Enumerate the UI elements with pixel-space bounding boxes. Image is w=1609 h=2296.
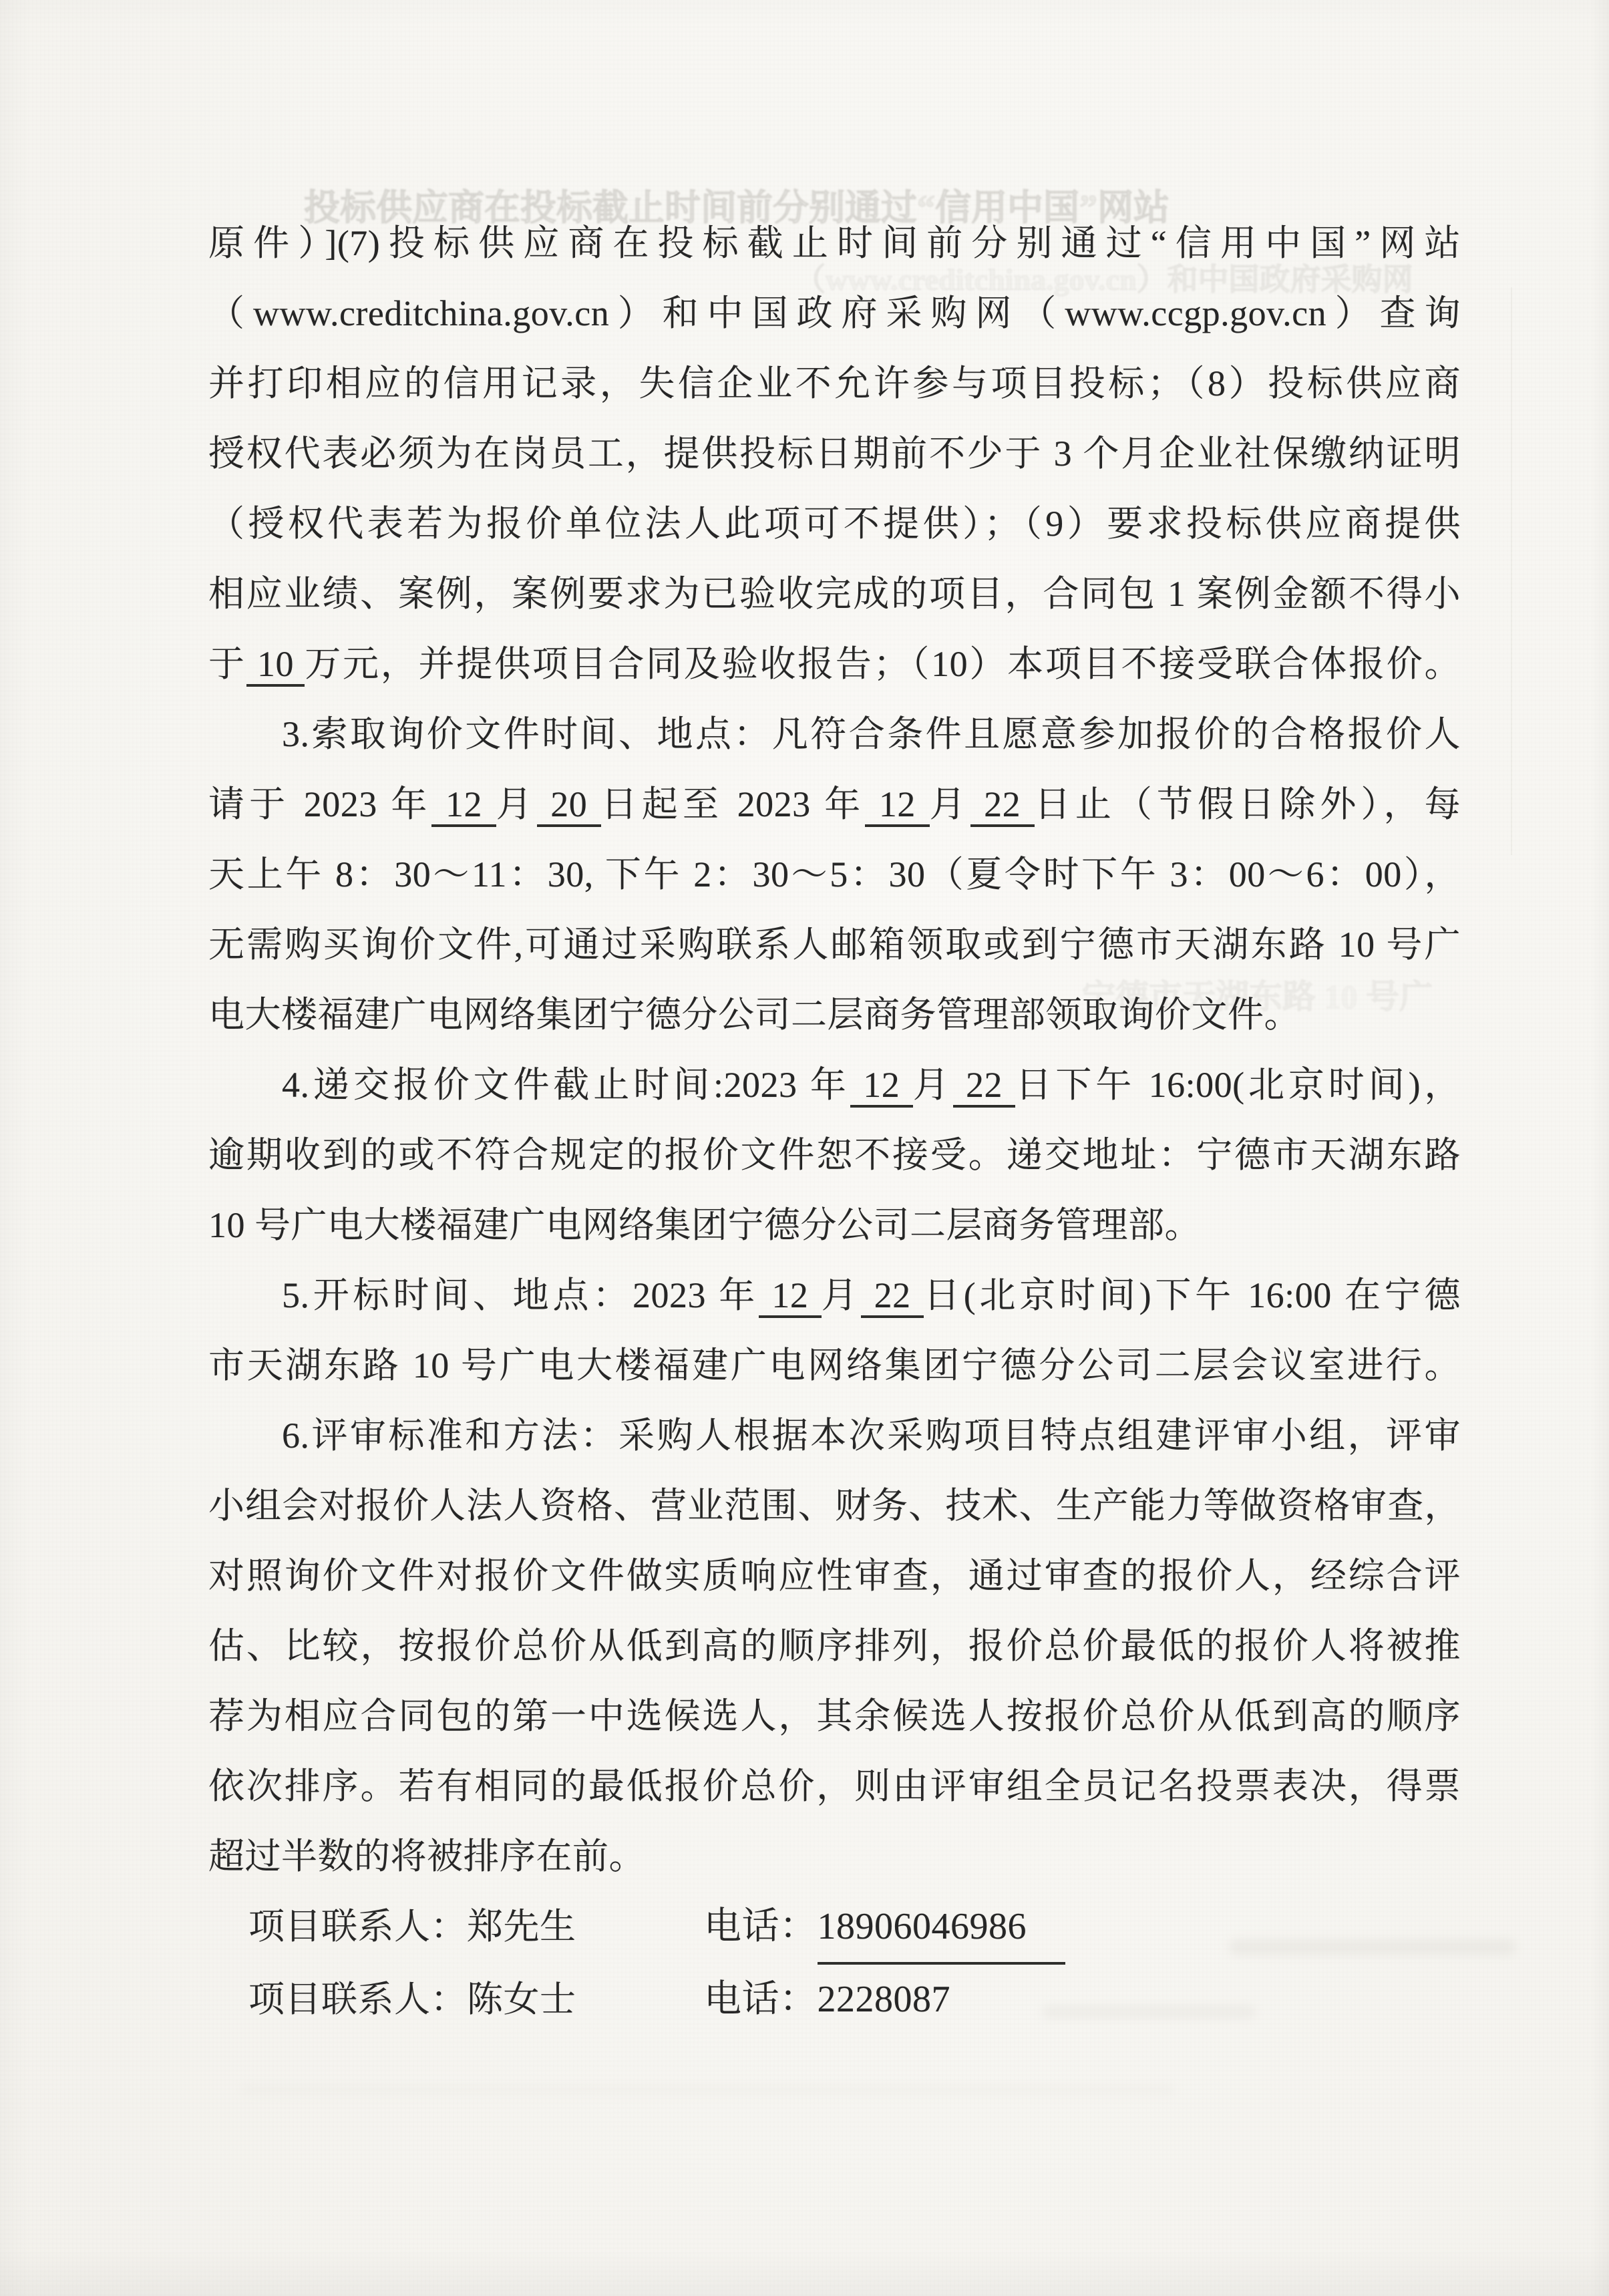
text-run: 荐为相应合同包的第一中选候选人，其余候选人按报价总价从低到高的顺序 (208, 1696, 1461, 1736)
text-run: 6.评审标准和方法：采购人根据本次采购项目特点组建评审小组，评审 (282, 1416, 1461, 1456)
text-line: 6.评审标准和方法：采购人根据本次采购项目特点组建评审小组，评审 (208, 1401, 1461, 1471)
text-run: 于 (208, 644, 246, 684)
text-line: 超过半数的将被排序在前。 (208, 1822, 1461, 1892)
text-run: （授权代表若为报价单位法人此项可不提供）；（9）要求投标供应商提供 (208, 504, 1461, 544)
document-body: 原件）](7)投标供应商在投标截止时间前分别通过“信用中国”网站（www.cre… (208, 208, 1461, 2035)
text-run: 10 号广电大楼福建广电网络集团宁德分公司二层商务管理部。 (208, 1205, 1201, 1245)
text-run: 天上午 8：30～11：30, 下午 2：30～5：30（夏令时下午 3：00～… (208, 854, 1461, 894)
text-run: 原件）](7)投标供应商在投标截止时间前分别通过“信用中国”网站 (208, 223, 1461, 263)
text-line: 5.开标时间、地点：2023 年 12 月 22 日(北京时间)下午 16:00… (208, 1261, 1461, 1331)
text-run: 日止（节假日除外），每 (1035, 784, 1461, 824)
text-line: 估、比较，按报价总价从低到高的顺序排列，报价总价最低的报价人将被推 (208, 1611, 1461, 1681)
text-run: 无需购买询价文件,可通过采购联系人邮箱领取或到宁德市天湖东路 10 号广 (208, 925, 1461, 965)
underlined-blank: 10 (246, 644, 305, 687)
text-run: 月 (930, 784, 970, 824)
text-line: 10 号广电大楼福建广电网络集团宁德分公司二层商务管理部。 (208, 1190, 1461, 1261)
phone-number: 18906046986 (818, 1892, 1066, 1965)
text-line: 荐为相应合同包的第一中选候选人，其余候选人按报价总价从低到高的顺序 (208, 1681, 1461, 1752)
contact-name-label: 项目联系人：陈女士 (248, 1965, 704, 2035)
text-run: 请于 2023 年 (208, 784, 431, 824)
text-run: 万元，并提供项目合同及验收报告；（10）本项目不接受联合体报价。 (305, 644, 1461, 684)
phone-number: 2228087 (818, 1965, 951, 2035)
text-line: 原件）](7)投标供应商在投标截止时间前分别通过“信用中国”网站 (208, 208, 1461, 279)
text-line: 电大楼福建广电网络集团宁德分公司二层商务管理部领取询价文件。 (208, 980, 1461, 1050)
text-run: 授权代表必须为在岗员工，提供投标日期前不少于 3 个月企业社保缴纳证明 (208, 434, 1461, 474)
scanner-artifact-line (1511, 287, 1512, 855)
text-run: 小组会对报价人法人资格、营业范围、财务、技术、生产能力等做资格审查， (208, 1486, 1461, 1526)
underlined-blank: 20 (537, 784, 601, 827)
underlined-blank: 22 (970, 784, 1035, 827)
text-line: 天上午 8：30～11：30, 下午 2：30～5：30（夏令时下午 3：00～… (208, 840, 1461, 910)
text-run: 对照询价文件对报价文件做实质响应性审查，通过审查的报价人，经综合评 (208, 1556, 1461, 1596)
text-run: 4.递交报价文件截止时间:2023 年 (282, 1065, 850, 1105)
text-line: 4.递交报价文件截止时间:2023 年 12 月 22 日下午 16:00(北京… (208, 1050, 1461, 1120)
text-run: 月 (496, 784, 537, 824)
scan-smudge (240, 2084, 1176, 2095)
contact-row: 项目联系人：郑先生电话：18906046986 (208, 1892, 1461, 1965)
text-line: 授权代表必须为在岗员工，提供投标日期前不少于 3 个月企业社保缴纳证明 (208, 419, 1461, 489)
contact-row: 项目联系人：陈女士电话：2228087 (208, 1965, 1461, 2035)
phone-label: 电话： (704, 1979, 818, 2020)
text-run: 5.开标时间、地点：2023 年 (282, 1275, 759, 1315)
text-run: 依次排序。若有相同的最低报价总价，则由评审组全员记名投票表决，得票 (208, 1766, 1461, 1806)
contact-phone: 电话：2228087 (704, 1965, 950, 2035)
text-run: 日起至 2023 年 (601, 784, 865, 824)
text-line: 3.索取询价文件时间、地点：凡符合条件且愿意参加报价的合格报价人 (208, 699, 1461, 770)
text-run: 月 (822, 1275, 862, 1315)
text-line: 逾期收到的或不符合规定的报价文件恕不接受。递交地址：宁德市天湖东路 (208, 1120, 1461, 1190)
text-run: 日(北京时间)下午 16:00 在宁德 (924, 1275, 1461, 1315)
text-run: 月 (913, 1065, 953, 1105)
text-run: 并打印相应的信用记录，失信企业不允许参与项目投标；（8）投标供应商 (208, 363, 1461, 403)
text-run: 3.索取询价文件时间、地点：凡符合条件且愿意参加报价的合格报价人 (282, 714, 1461, 754)
text-line: 无需购买询价文件,可通过采购联系人邮箱领取或到宁德市天湖东路 10 号广 (208, 910, 1461, 980)
text-line: 对照询价文件对报价文件做实质响应性审查，通过审查的报价人，经综合评 (208, 1541, 1461, 1611)
text-line: 依次排序。若有相同的最低报价总价，则由评审组全员记名投票表决，得票 (208, 1752, 1461, 1822)
text-run: 超过半数的将被排序在前。 (208, 1836, 645, 1876)
text-run: 市天湖东路 10 号广电大楼福建广电网络集团宁德分公司二层会议室进行。 (208, 1345, 1461, 1385)
text-line: 小组会对报价人法人资格、营业范围、财务、技术、生产能力等做资格审查， (208, 1471, 1461, 1541)
text-run: 日下午 16:00(北京时间)， (1015, 1065, 1461, 1105)
text-line: 于 10 万元，并提供项目合同及验收报告；（10）本项目不接受联合体报价。 (208, 629, 1461, 699)
underlined-blank: 22 (861, 1275, 924, 1318)
underlined-blank: 22 (953, 1065, 1016, 1108)
underlined-blank: 12 (431, 784, 496, 827)
contact-phone: 电话：18906046986 (704, 1892, 1065, 1965)
text-run: 相应业绩、案例，案例要求为已验收完成的项目，合同包 1 案例金额不得小 (208, 574, 1461, 614)
underlined-blank: 12 (759, 1275, 822, 1318)
contact-name-label: 项目联系人：郑先生 (248, 1892, 704, 1965)
text-line: 相应业绩、案例，案例要求为已验收完成的项目，合同包 1 案例金额不得小 (208, 559, 1461, 629)
text-run: 估、比较，按报价总价从低到高的顺序排列，报价总价最低的报价人将被推 (208, 1626, 1461, 1666)
phone-label: 电话： (704, 1906, 818, 1947)
text-run: （www.creditchina.gov.cn）和中国政府采购网（www.ccg… (208, 293, 1461, 333)
scanned-document-page: 投标供应商在投标截止时间前分别通过“信用中国”网站（www.creditchin… (0, 0, 1609, 2296)
text-run: 逾期收到的或不符合规定的报价文件恕不接受。递交地址：宁德市天湖东路 (208, 1135, 1461, 1175)
text-line: 请于 2023 年 12 月 20 日起至 2023 年 12 月 22 日止（… (208, 770, 1461, 840)
underlined-blank: 12 (850, 1065, 913, 1108)
text-line: （授权代表若为报价单位法人此项可不提供）；（9）要求投标供应商提供 (208, 489, 1461, 559)
text-line: （www.creditchina.gov.cn）和中国政府采购网（www.ccg… (208, 279, 1461, 349)
text-run: 电大楼福建广电网络集团宁德分公司二层商务管理部领取询价文件。 (208, 995, 1300, 1035)
text-line: 市天湖东路 10 号广电大楼福建广电网络集团宁德分公司二层会议室进行。 (208, 1331, 1461, 1401)
underlined-blank: 12 (865, 784, 929, 827)
text-line: 并打印相应的信用记录，失信企业不允许参与项目投标；（8）投标供应商 (208, 349, 1461, 419)
